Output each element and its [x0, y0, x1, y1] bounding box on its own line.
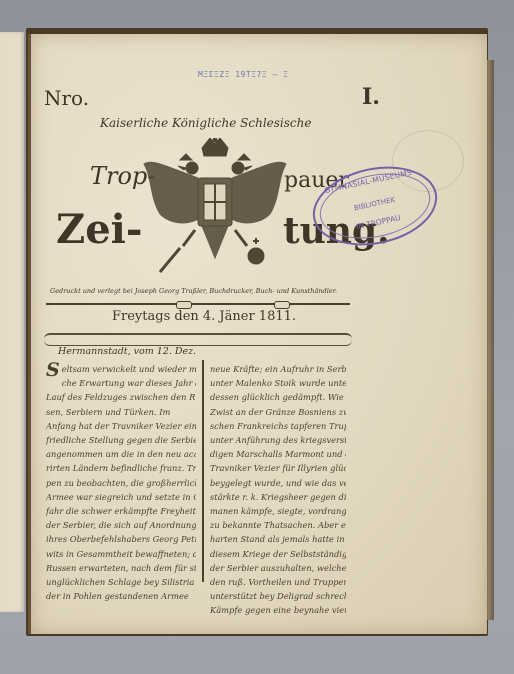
text-line: Lauf des Feldzuges zwischen den Rus=	[46, 390, 196, 404]
masthead-subtitle: Kaiserliche Königliche Schlesische	[100, 116, 311, 130]
text-line: beygelegt wurde, und wie das ver=	[210, 476, 346, 490]
issue-number: I.	[362, 84, 380, 110]
text-line: eltsam verwickelt und wieder man=	[62, 362, 196, 376]
text-line: Anfang hat der Travniker Vezier eine	[46, 419, 196, 433]
text-line: harten Stand als jemals hatte in	[210, 532, 346, 546]
text-line: dessen glücklich gedämpft. Wie der	[210, 390, 346, 404]
text-line: zu bekannte Thatsachen. Aber einen	[210, 518, 346, 532]
text-line: Zwist an der Gränze Bosniens zwi=	[210, 405, 346, 419]
number-label: Nro.	[44, 86, 89, 110]
text-line: Travniker Vezier für Illyrien glücklich	[210, 461, 346, 475]
ornamental-divider	[44, 333, 352, 346]
text-line: neue Kräfte; ein Aufruhr in Serbien	[210, 362, 346, 376]
text-line: Russen erwarteten, nach dem für sie	[46, 561, 196, 575]
adjacent-page-edge	[0, 32, 24, 612]
masthead-rule	[46, 303, 350, 305]
text-line: Armee war siegreich und setzte in Ge=	[46, 490, 196, 504]
text-line: ihres Oberbefehlshabers Georg Petro=	[46, 532, 196, 546]
text-line: schen Frankreichs tapferen Truppen	[210, 419, 346, 433]
shelfmark-stamp: ΜΞΣΞΖΞ 19ΤΞ7Ξ — Ξ	[198, 70, 288, 79]
text-line: unter Anführung des kriegsverstän=	[210, 433, 346, 447]
masthead-title-zei: Zei-	[56, 206, 142, 253]
imprint-line: Gedruckt und verlegt bei Joseph Georg Tr…	[50, 287, 380, 295]
dateline: Freytags den 4. Jäner 1811.	[112, 309, 296, 324]
text-line: Kämpfe gegen eine beynahe viermal	[210, 603, 346, 617]
text-line: den ruß. Vortheilen und Truppen	[210, 575, 346, 589]
text-line: unterstützt bey Deligrad schreckliche	[210, 589, 346, 603]
text-line: friedliche Stellung gegen die Serbier	[46, 433, 196, 447]
text-line: der Serbier, die sich auf Anordnung	[46, 518, 196, 532]
text-line: digen Marschalls Marmont und dem	[210, 447, 346, 461]
text-line: che Erwartung war dieses Jahr der	[62, 376, 196, 390]
article-right-column: neue Kräfte; ein Aufruhr in Serbien unte…	[210, 362, 346, 618]
article-left-column: S eltsam verwickelt und wieder man= che …	[46, 362, 196, 603]
text-line: angenommen um die in den neu acqui=	[46, 447, 196, 461]
text-line: rirten Ländern befindliche franz. Trup=	[46, 461, 196, 475]
text-line: fahr die schwer erkämpfte Freyheit	[46, 504, 196, 518]
text-line: der in Pohlen gestandenen Armee	[46, 589, 196, 603]
column-divider	[202, 360, 204, 582]
text-line: wits in Gesammtheit bewaffneten; die	[46, 547, 196, 561]
text-line: unglücklichen Schlage bey Silistria von	[46, 575, 196, 589]
double-headed-eagle-icon	[140, 138, 290, 278]
text-line: diesem Kriege der Selbstständigkeit	[210, 547, 346, 561]
text-line: sen, Serbiern und Türken. Im	[46, 405, 196, 419]
article-heading: Hermannstadt, vom 12. Dez.	[58, 346, 196, 357]
drop-cap: S	[46, 362, 60, 378]
text-line: der Serbier auszuhalten, welche von	[210, 561, 346, 575]
text-line: unter Malenko Stoik wurde unter=	[210, 376, 346, 390]
text-line: stärkte r. k. Kriegsheer gegen die Os=	[210, 490, 346, 504]
text-line: pen zu beobachten, die großherrliche	[46, 476, 196, 490]
text-line: manen kämpfe, siegte, vordrang, sind	[210, 504, 346, 518]
